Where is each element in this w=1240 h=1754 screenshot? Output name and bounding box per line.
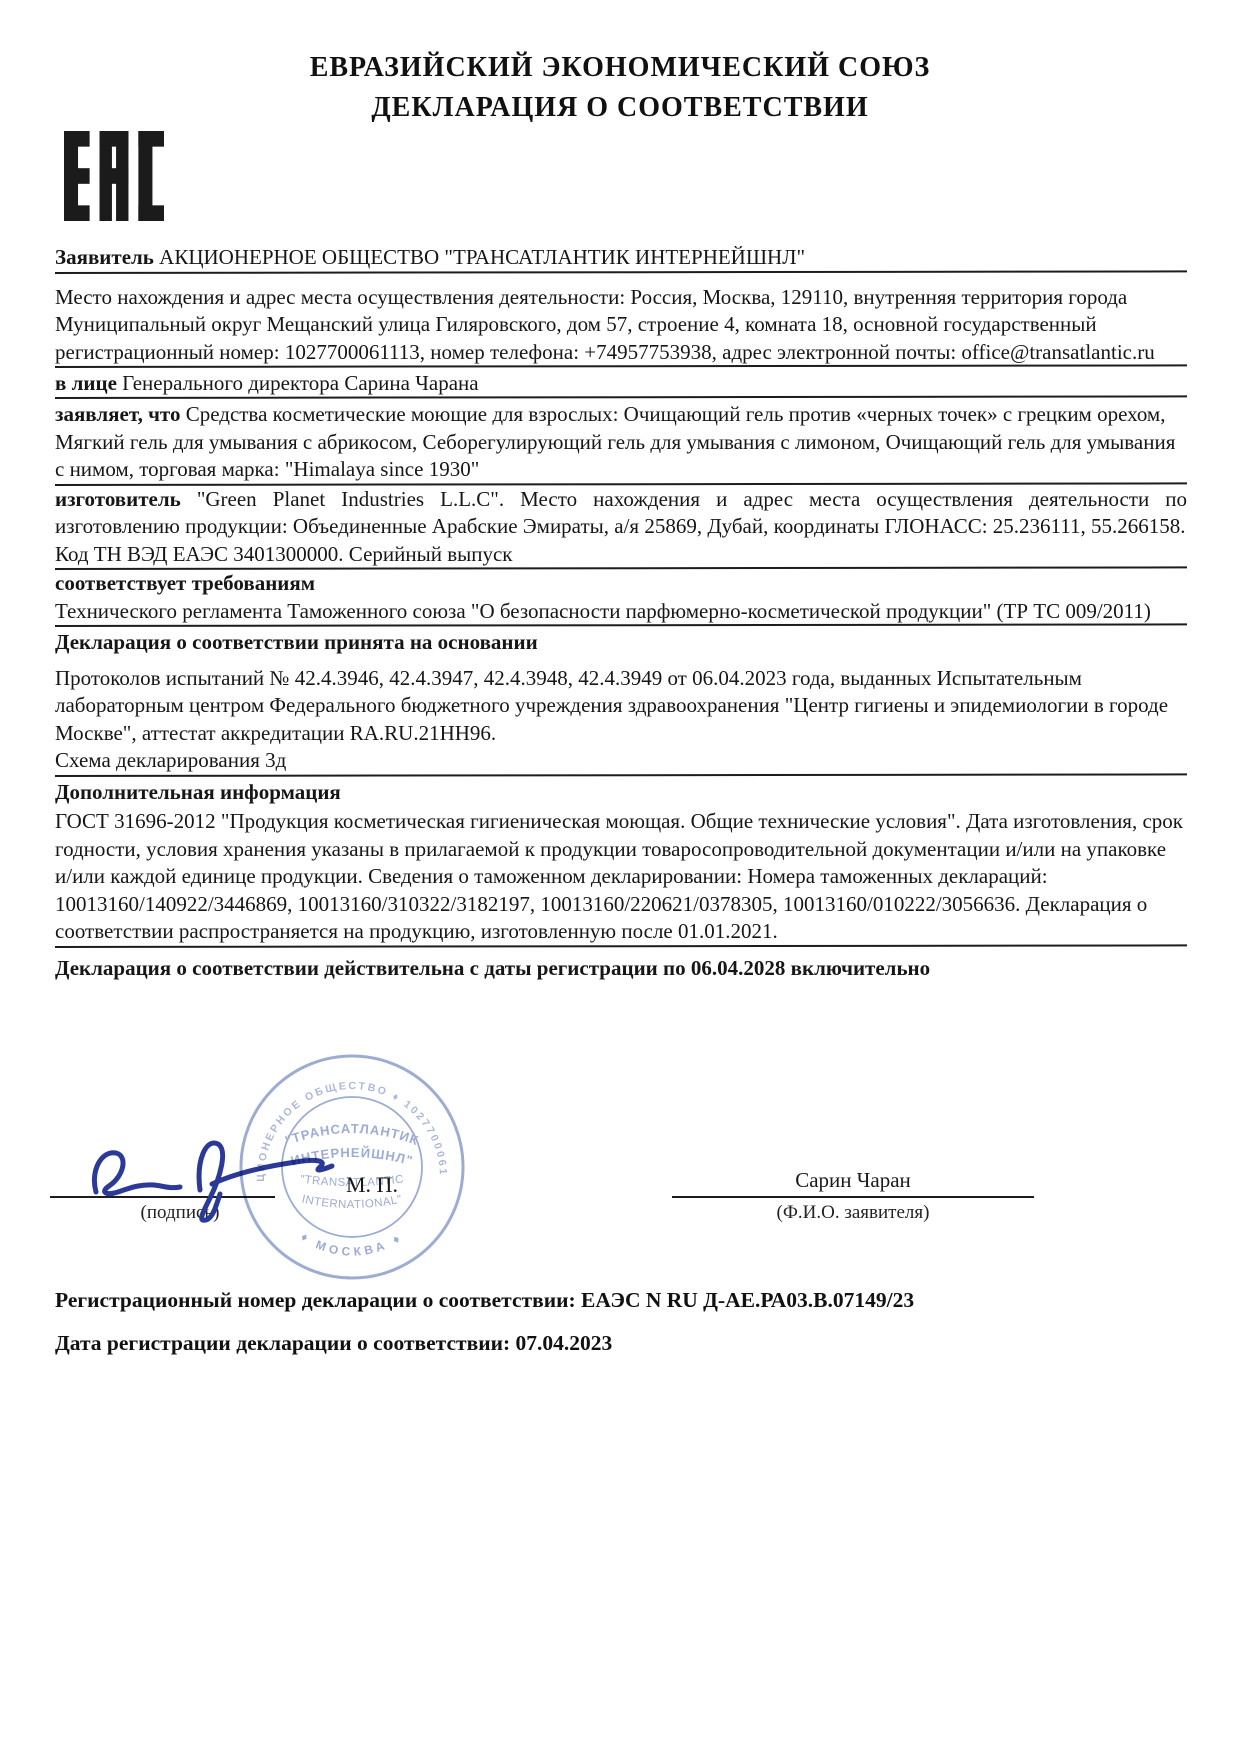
basis-heading: Декларация о соответствии принята на осн… (55, 629, 1187, 657)
section-complies: соответствует требованиям Технического р… (55, 570, 1187, 625)
address-text: Место нахождения и адрес места осуществл… (55, 285, 1155, 364)
title-line-1: ЕВРАЗИЙСКИЙ ЭКОНОМИЧЕСКИЙ СОЮЗ (0, 48, 1240, 88)
in-face-label: в лице (55, 371, 117, 395)
section-additional: Дополнительная информация ГОСТ 31696-201… (55, 777, 1187, 946)
stamp-text-line2: ИНТЕРНЕЙШНЛ" (289, 1145, 415, 1168)
stamp-text-line4: INTERNATIONAL" (301, 1193, 404, 1211)
additional-heading: Дополнительная информация (55, 779, 1187, 807)
svg-text:ИНТЕРНЕЙШНЛ": ИНТЕРНЕЙШНЛ" (289, 1145, 415, 1168)
svg-text:"TRANSATLANTIC: "TRANSATLANTIC (299, 1174, 404, 1189)
field-address: Место нахождения и адрес места осуществл… (55, 274, 1187, 367)
manufacturer-label: изготовитель (55, 487, 181, 511)
additional-text: ГОСТ 31696-2012 "Продукция косметическая… (55, 808, 1187, 946)
in-face-value: Генерального директора Сарина Чарана (122, 371, 478, 395)
field-in-face: в лице Генерального директора Сарина Чар… (55, 368, 1187, 397)
field-manufacturer: изготовитель "Green Planet Industries L.… (55, 486, 1187, 569)
declaration-body: Заявитель АКЦИОНЕРНОЕ ОБЩЕСТВО "ТРАНСАТЛ… (55, 244, 1187, 982)
field-applicant: Заявитель АКЦИОНЕРНОЕ ОБЩЕСТВО "ТРАНСАТЛ… (55, 244, 1187, 272)
field-declares: заявляет, что Средства косметические мою… (55, 399, 1187, 484)
name-caption: (Ф.И.О. заявителя) (672, 1202, 1034, 1224)
declaration-page: ЕВРАЗИЙСКИЙ ЭКОНОМИЧЕСКИЙ СОЮЗ ДЕКЛАРАЦИ… (0, 0, 1240, 1754)
svg-text:"ТРАНСАТЛАНТИК: "ТРАНСАТЛАНТИК (283, 1121, 421, 1148)
registration-number-line: Регистрационный номер декларации о соотв… (55, 1288, 1185, 1313)
applicant-name: Сарин Чаран (672, 1168, 1034, 1193)
applicant-value: АКЦИОНЕРНОЕ ОБЩЕСТВО "ТРАНСАТЛАНТИК ИНТЕ… (159, 245, 805, 269)
document-title: ЕВРАЗИЙСКИЙ ЭКОНОМИЧЕСКИЙ СОЮЗ ДЕКЛАРАЦИ… (0, 48, 1240, 128)
complies-heading: соответствует требованиям (55, 570, 1187, 598)
company-stamp: АКЦИОНЕРНОЕ ОБЩЕСТВО ♦ 1027700061113 ♦ М… (227, 1042, 477, 1292)
title-line-2: ДЕКЛАРАЦИЯ О СООТВЕТСТВИИ (0, 88, 1240, 128)
eac-mark-icon (64, 131, 164, 226)
validity-line: Декларация о соответствии действительна … (55, 948, 1187, 983)
stamp-text-line3: "TRANSATLANTIC (299, 1174, 404, 1189)
svg-text:♦ МОСКВА ♦: ♦ МОСКВА ♦ (298, 1229, 405, 1258)
declares-label: заявляет, что (55, 402, 180, 426)
name-line (672, 1196, 1034, 1198)
basis-text: Протоколов испытаний № 42.4.3946, 42.4.3… (55, 665, 1187, 748)
svg-text:INTERNATIONAL": INTERNATIONAL" (301, 1193, 404, 1211)
section-basis: Декларация о соответствии принята на осн… (55, 627, 1187, 775)
tnved-line: Код ТН ВЭД ЕАЭС 3401300000. Серийный вып… (55, 541, 1187, 569)
registration-date-line: Дата регистрации декларации о соответств… (55, 1331, 1185, 1356)
stamp-text-line1: "ТРАНСАТЛАНТИК (283, 1121, 421, 1148)
scheme-line: Схема декларирования 3д (55, 747, 1187, 775)
applicant-label: Заявитель (55, 245, 154, 269)
manufacturer-value: "Green Planet Industries L.L.C". Место н… (55, 487, 1187, 539)
complies-text: Технического регламента Таможенного союз… (55, 598, 1187, 626)
stamp-ring-bottom-text: ♦ МОСКВА ♦ (298, 1229, 405, 1258)
declares-value: Средства косметические моющие для взросл… (55, 402, 1175, 481)
